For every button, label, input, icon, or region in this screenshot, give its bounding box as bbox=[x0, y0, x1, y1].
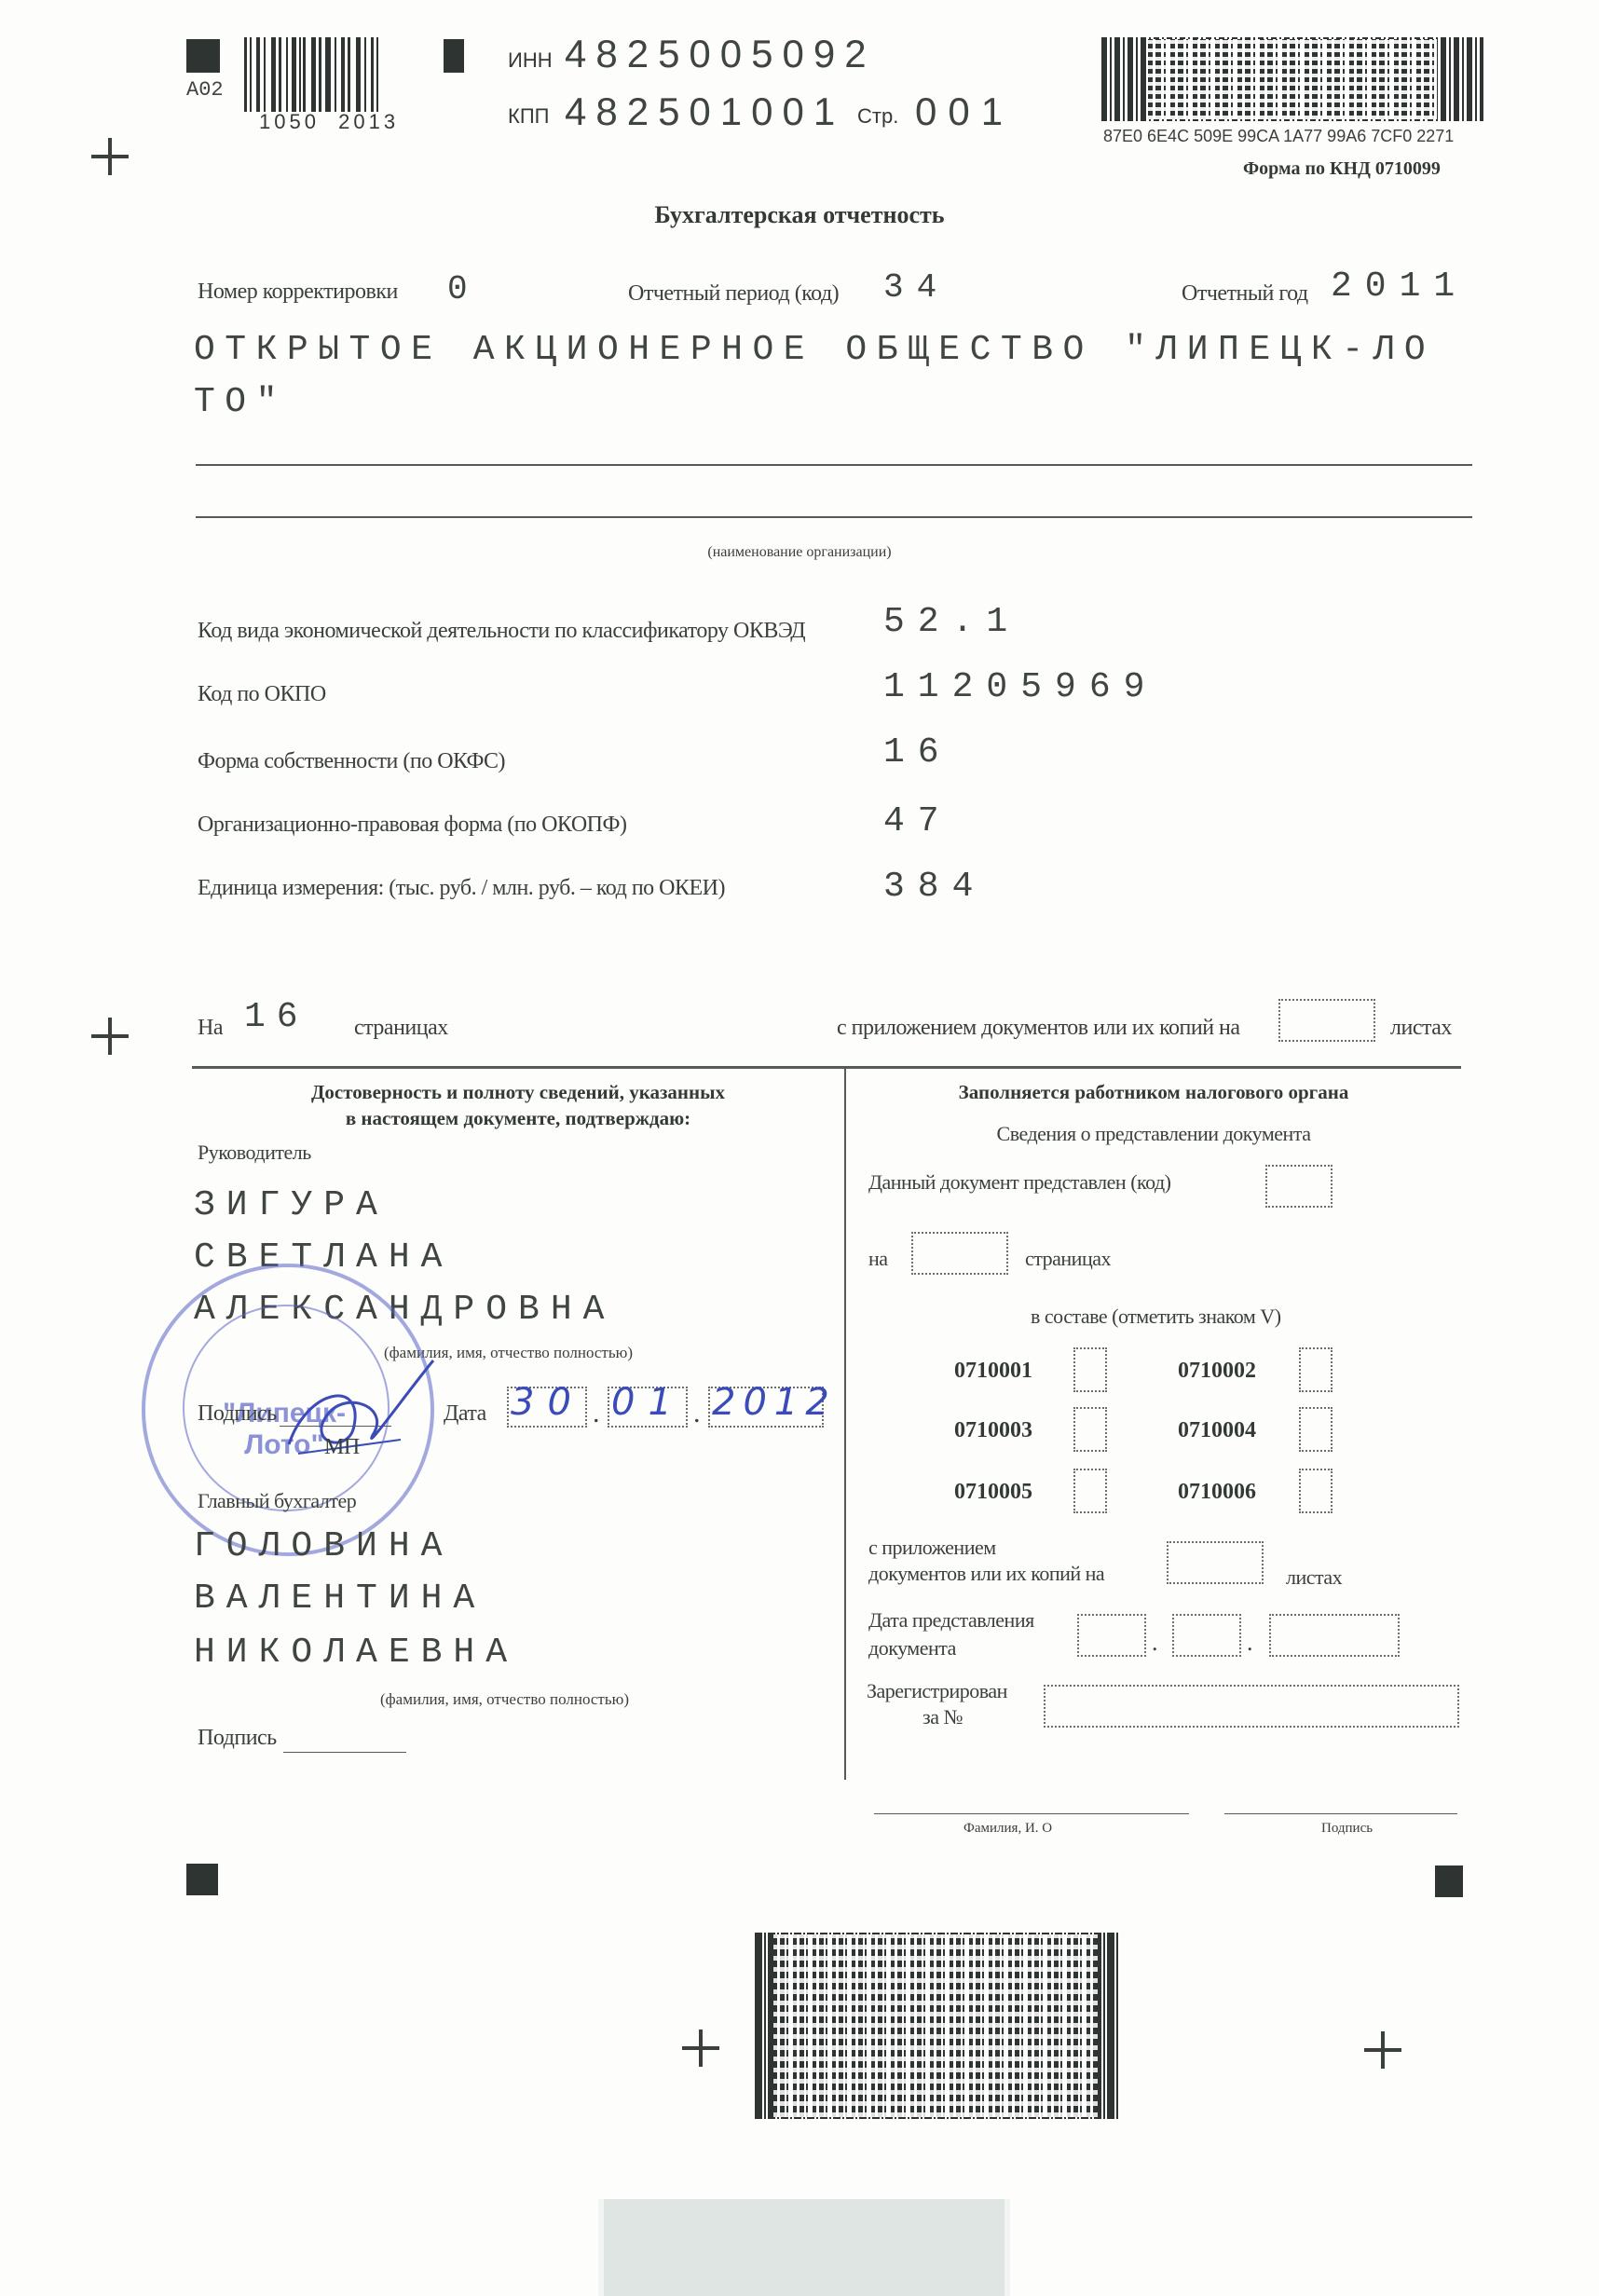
accountant-signature-line[interactable] bbox=[283, 1752, 406, 1753]
submission-date-month-input[interactable] bbox=[1172, 1614, 1241, 1657]
linear-barcode bbox=[244, 37, 412, 112]
officer-signature-line bbox=[1224, 1813, 1457, 1814]
form-code-0710001: 0710001 bbox=[954, 1359, 1032, 1384]
form-code-0710003: 0710003 bbox=[954, 1418, 1032, 1443]
submission-date-year-input[interactable] bbox=[1269, 1614, 1400, 1657]
code-value-okei: 384 bbox=[883, 867, 986, 907]
director-label: Руководитель bbox=[198, 1141, 311, 1165]
form-knd: Форма по КНД 0710099 bbox=[1243, 158, 1441, 180]
org-name-underline-2 bbox=[196, 516, 1472, 518]
inn-value: 4825005092 bbox=[565, 32, 876, 76]
submitted-code-label: Данный документ представлен (код) bbox=[868, 1170, 1170, 1195]
accountant-patronymic: НИКОЛАЕВНА bbox=[194, 1633, 518, 1673]
date-separator-1: . bbox=[593, 1398, 599, 1429]
confirmation-heading-line1: Достоверность и полноту сведений, указан… bbox=[192, 1081, 844, 1104]
column-divider bbox=[844, 1066, 846, 1780]
director-signature-label: Подпись bbox=[198, 1401, 277, 1427]
code-value-okpo: 11205969 bbox=[883, 667, 1157, 707]
form-0710001-checkbox[interactable] bbox=[1073, 1347, 1107, 1392]
pages-prefix: На bbox=[198, 1016, 223, 1041]
registration-mark-bottom-right bbox=[1435, 1865, 1463, 1897]
registration-cross-bottom-left bbox=[682, 2029, 719, 2067]
submission-date-sep-1: . bbox=[1152, 1629, 1157, 1657]
pdf417-bottom-data-area bbox=[773, 1934, 1098, 2117]
registration-mark-top-center bbox=[444, 39, 464, 73]
registration-cross-top bbox=[91, 138, 129, 175]
period-value: 34 bbox=[883, 268, 950, 307]
page-label: Стр. bbox=[857, 104, 898, 129]
submission-date-label-line2: документа bbox=[868, 1636, 956, 1660]
code-value-okfs: 16 bbox=[883, 732, 952, 772]
year-value: 2011 bbox=[1331, 266, 1468, 307]
registered-label-line1: Зарегистрирован bbox=[867, 1679, 1007, 1703]
submission-date-day-input[interactable] bbox=[1077, 1614, 1146, 1657]
pages-suffix-right: страницах bbox=[1025, 1247, 1111, 1271]
scanner-background-plate bbox=[598, 2199, 1010, 2296]
confirmation-heading-line2: в настоящем документе, подтверждаю: bbox=[192, 1107, 844, 1130]
form-code-0710006: 0710006 bbox=[1178, 1480, 1256, 1505]
submission-date-label-line1: Дата представления bbox=[868, 1608, 1034, 1633]
form-code-0710005: 0710005 bbox=[954, 1480, 1032, 1505]
pdf417-data-area bbox=[1148, 39, 1437, 119]
barcode-code: A02 bbox=[186, 78, 224, 102]
page-title: Бухгалтерская отчетность bbox=[0, 201, 1599, 229]
form-0710004-checkbox[interactable] bbox=[1299, 1407, 1332, 1452]
registration-mark-top-left bbox=[186, 39, 220, 73]
attach-label-line1: с приложением bbox=[868, 1536, 996, 1560]
attach-suffix-right: листах bbox=[1286, 1565, 1342, 1590]
composition-label: в составе (отметить знаком V) bbox=[1031, 1305, 1281, 1329]
form-0710003-checkbox[interactable] bbox=[1073, 1407, 1107, 1452]
correction-value: 0 bbox=[447, 270, 468, 308]
on-label: на bbox=[868, 1247, 888, 1271]
form-0710002-checkbox[interactable] bbox=[1299, 1347, 1332, 1392]
org-name-line1: ОТКРЫТОЕ АКЦИОНЕРНОЕ ОБЩЕСТВО "ЛИПЕЦК-ЛО bbox=[194, 330, 1435, 370]
date-day-value: 30 bbox=[511, 1381, 584, 1424]
kpp-label: КПП bbox=[508, 104, 549, 129]
registered-label-line2: за № bbox=[922, 1705, 963, 1729]
accountant-last-name: ГОЛОВИНА bbox=[194, 1526, 453, 1566]
attachments-count-input[interactable] bbox=[1278, 999, 1375, 1042]
org-name-caption: (наименование организации) bbox=[0, 544, 1599, 561]
correction-label: Номер корректировки bbox=[198, 280, 398, 305]
org-name-underline-1 bbox=[196, 464, 1472, 466]
registration-number-input[interactable] bbox=[1044, 1685, 1459, 1728]
code-label-okved: Код вида экономической деятельности по к… bbox=[198, 619, 805, 644]
barcode-number: 1050 2013 bbox=[259, 110, 399, 134]
date-year-value: 2012 bbox=[712, 1381, 837, 1424]
tax-office-heading: Заполняется работником налогового органа bbox=[846, 1081, 1461, 1104]
registration-mark-bottom-left bbox=[186, 1864, 218, 1895]
accountant-fio-caption: (фамилия, имя, отчество полностью) bbox=[380, 1690, 629, 1709]
period-label: Отчетный период (код) bbox=[628, 281, 839, 307]
submission-subheading: Сведения о представлении документа bbox=[846, 1122, 1461, 1146]
accountant-label: Главный бухгалтер bbox=[198, 1489, 356, 1513]
accountant-signature-label: Подпись bbox=[198, 1726, 277, 1751]
officer-name-caption: Фамилия, И. О bbox=[963, 1821, 1052, 1837]
section-divider bbox=[192, 1066, 1461, 1069]
attachments-label: с приложением документов или их копий на bbox=[837, 1016, 1240, 1041]
inn-label: ИНН bbox=[508, 48, 553, 73]
code-value-okved: 52.1 bbox=[883, 602, 1020, 642]
pdf417-hash: 87E0 6E4C 509E 99CA 1A77 99A6 7CF0 2271 bbox=[1103, 127, 1454, 146]
date-month-value: 01 bbox=[611, 1381, 685, 1424]
code-label-okopf: Организационно-правовая форма (по ОКОПФ) bbox=[198, 813, 626, 838]
pages-value: 16 bbox=[244, 997, 309, 1037]
date-label: Дата bbox=[444, 1401, 486, 1427]
code-label-okei: Единица измерения: (тыс. руб. / млн. руб… bbox=[198, 876, 725, 901]
accountant-first-name: ВАЛЕНТИНА bbox=[194, 1578, 485, 1619]
year-label: Отчетный год bbox=[1182, 281, 1308, 307]
org-name-line2: ТО" bbox=[194, 382, 287, 422]
submitted-code-input[interactable] bbox=[1265, 1165, 1332, 1208]
date-separator-2: . bbox=[693, 1398, 700, 1429]
registration-cross-middle bbox=[91, 1018, 129, 1055]
director-last-name: ЗИГУРА bbox=[194, 1185, 389, 1225]
attach-sheets-input[interactable] bbox=[1167, 1541, 1264, 1584]
registration-cross-bottom-right bbox=[1364, 2031, 1401, 2069]
officer-signature-caption: Подпись bbox=[1321, 1821, 1373, 1837]
attach-label-line2: документов или их копий на bbox=[868, 1562, 1104, 1586]
form-0710005-checkbox[interactable] bbox=[1073, 1469, 1107, 1513]
form-code-0710002: 0710002 bbox=[1178, 1359, 1256, 1384]
attachments-suffix: листах bbox=[1390, 1016, 1452, 1041]
code-label-okfs: Форма собственности (по ОКФС) bbox=[198, 749, 505, 774]
mp-label: МП bbox=[324, 1435, 360, 1460]
submission-date-sep-2: . bbox=[1247, 1629, 1252, 1657]
page-value: 001 bbox=[915, 89, 1014, 134]
kpp-value: 482501001 bbox=[565, 89, 844, 134]
officer-name-line bbox=[874, 1813, 1189, 1814]
form-0710006-checkbox[interactable] bbox=[1299, 1469, 1332, 1513]
pages-suffix: страницах bbox=[354, 1016, 448, 1041]
form-code-0710004: 0710004 bbox=[1178, 1418, 1256, 1443]
code-value-okopf: 47 bbox=[883, 801, 952, 841]
pages-count-input[interactable] bbox=[911, 1232, 1008, 1275]
code-label-okpo: Код по ОКПО bbox=[198, 682, 326, 707]
